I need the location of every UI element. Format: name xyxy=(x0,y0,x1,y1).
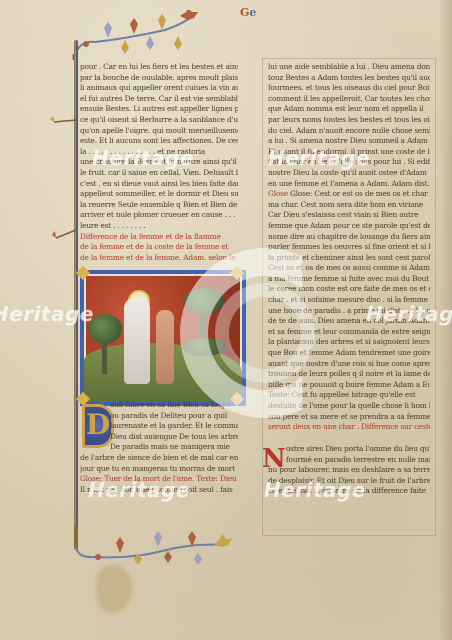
text-line: De paradis mais ne manigera mie xyxy=(110,442,238,453)
text-line: parler femmes les oeuvres si fine orient… xyxy=(268,242,430,253)
text-line: fourmees. et tous les oiseaus du ciel po… xyxy=(268,83,430,94)
text-line: Glose: Cest or est os de mes os et char … xyxy=(290,189,430,198)
text-line: qu'on apelle l'oigre. qui moult merueill… xyxy=(80,126,238,137)
text-line: jour que tu en mangeras tu morras de mor… xyxy=(80,464,238,475)
text-line: fourmé en paradis terrestre en nulle mai… xyxy=(286,455,430,466)
figure-god xyxy=(124,298,150,384)
text-line: li animaux qui appeller orent cuiues la … xyxy=(80,83,238,94)
watermark-text: Heritage xyxy=(92,146,194,170)
gloss-line: Glose Glose: Cest or est os de mes os et… xyxy=(268,189,430,200)
gloss-label: Glose xyxy=(268,189,288,198)
text-line: pour . Car en lui les fiers et les beste… xyxy=(80,62,238,73)
catchword-letter-red: G xyxy=(240,6,249,19)
text-line: nu pour labourer. mais en deshlaire a sa… xyxy=(268,465,430,476)
text-line: ou paradis de Deliteu pour a quil xyxy=(110,411,238,422)
rubric-line: de la femme et de la coste de la femme e… xyxy=(80,242,238,253)
text-line: laurenaste et la garder. Et le commanda xyxy=(110,421,238,432)
right-bottom-text: ostre sires Dieu porta l'omme du lieu qu… xyxy=(286,444,430,465)
rubric-line: seront deux en une char . Difference sur… xyxy=(268,422,430,433)
text-line: leure est . . . . . . . . xyxy=(80,221,238,232)
rubric-line: Difference de la femme et de la flamme xyxy=(80,232,238,243)
text-line: arriver et nule plomer crueuer en cause … xyxy=(80,210,238,221)
watermark-text: Heritage xyxy=(88,478,190,502)
text-line: ce qu'il oisent si Berburre a la sanblan… xyxy=(80,115,238,126)
text-line: appelleut sommeiller. et le dormir et Di… xyxy=(80,189,238,200)
side-sprig-icon xyxy=(48,110,78,250)
text-line: lui une aide semblable a lui . Dieu amen… xyxy=(268,62,430,73)
figure-eve xyxy=(156,310,174,384)
text-line: ensuie Bestes. Li autres est appeller li… xyxy=(80,104,238,115)
rubric-line: de la femme et de la femme. Adam. selon … xyxy=(80,253,238,264)
text-line: que Adam nomma est leur nom et appella i… xyxy=(268,104,430,115)
text-line: femme que Adam pour ce ste parole qu'est… xyxy=(268,221,430,232)
watermark-text: Heritage xyxy=(268,146,370,170)
manuscript-page: Ge pour . Car en lui les fiers et les be… xyxy=(0,0,452,640)
top-vine-ornament-icon xyxy=(70,10,200,60)
text-line: ma char. Cest nom sera dite hom en viria… xyxy=(268,200,430,211)
text-line: c'est . en si dieue vaut ainsi les bien … xyxy=(80,179,238,190)
watermark-text: Heritage xyxy=(264,478,366,502)
text-line: du ciel. Adam n'auoit encore nulle chose… xyxy=(268,126,430,137)
left-text-below-miniature: auil fuiire en sa fine Bien sa loups ou … xyxy=(110,400,238,453)
catchword-letter-blue: e xyxy=(249,6,256,19)
text-line: Car Dieu s'eslaissa cest viain si Bien a… xyxy=(268,210,430,221)
watermark-text: Heritage xyxy=(366,302,452,326)
text-line: touz Bestes a Adam toutes les bestes qu'… xyxy=(268,73,430,84)
text-line: en une femme et l'amena a Adam. Adam dis… xyxy=(268,179,430,190)
watermark-text: Heritage xyxy=(0,302,94,326)
text-line: el fui autres De terre. Car il est vie s… xyxy=(80,94,238,105)
text-line: de l'arbre de sience de bien et de mal c… xyxy=(80,453,238,464)
watermark-logo-inner-ring xyxy=(215,283,315,383)
text-line: la reuerre Seule ensemble q Bien et Bien… xyxy=(80,200,238,211)
text-line: nome dire au chapitre de louange du fier… xyxy=(268,232,430,243)
text-line: ostre sires Dieu porta l'omme du lieu qu… xyxy=(286,444,430,455)
bottom-vine-ornament-icon xyxy=(72,525,232,585)
text-line: par la bouche de ouulable. apres moult p… xyxy=(80,73,238,84)
text-line: par leurs noms toutes les bestes et tous… xyxy=(268,115,430,126)
text-line: Dieu dist auiengue De tous les arbres xyxy=(110,432,238,443)
catchword: Ge xyxy=(240,6,256,19)
text-line: comment il les appelleroit. Car toutes l… xyxy=(268,94,430,105)
